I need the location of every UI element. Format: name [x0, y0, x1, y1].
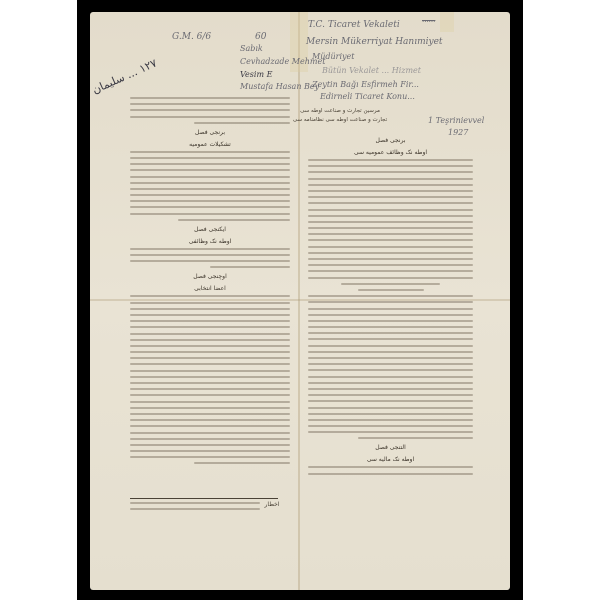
- document-header-line: مرسین تجارت و صناعت اوطه سی: [270, 108, 410, 114]
- handwritten-arabic-note: ۱۲۷ ... سلیمان: [90, 56, 158, 96]
- pencil-note: 60: [255, 32, 266, 42]
- section-heading: برنجی فصل: [308, 137, 473, 144]
- footnote-rule: [130, 498, 278, 499]
- pencil-note: Sabık: [240, 44, 263, 53]
- pencil-note-top: G.M. 6/6: [172, 32, 211, 42]
- vertical-fold: [298, 12, 300, 590]
- pencil-note: Müdüriyet: [312, 52, 354, 61]
- date-note: 1 Teşrinievvel: [428, 116, 484, 125]
- pencil-note: Mustafa Hasan Bey: [240, 82, 319, 91]
- footnote-text: [130, 502, 260, 522]
- section-subheading: تشکیلات عمومیه: [130, 141, 290, 148]
- right-text-column: برنجی فصل اوطه نک وظائف عمومیه سی التنجی…: [308, 132, 473, 532]
- document-paper: ۱۲۷ ... سلیمان G.M. 6/6 60 Sabık Cevhadz…: [90, 12, 510, 590]
- left-text-column: برنجی فصل تشکیلات عمومیه ایکنجی فصل اوطه…: [130, 97, 290, 497]
- footnote-label: اخطار: [262, 501, 282, 508]
- section-subheading: اوطه نک مالیه سی: [308, 456, 473, 463]
- pencil-note: Bütün Vekalet ... Hizmet: [322, 66, 421, 75]
- section-heading: اوچنجی فصل: [130, 273, 290, 280]
- crossed-out-note: ......: [422, 16, 435, 24]
- section-subheading: اوطه نک وظائف عمومیه سی: [308, 149, 473, 156]
- pencil-note: Vesim E: [240, 70, 272, 79]
- section-heading: التنجی فصل: [308, 444, 473, 451]
- section-heading: برنجی فصل: [130, 129, 290, 136]
- pencil-note: T.C. Ticaret Vekaleti: [308, 20, 400, 30]
- tape-mark: [440, 12, 454, 32]
- section-subheading: اوطه نک وظائفی: [130, 238, 290, 245]
- pencil-note: Zeytin Bağı Esfirmeh Fir...: [312, 80, 419, 89]
- pencil-note: Mersin Mükerriyat Hanımiyet: [306, 37, 443, 47]
- pencil-note: Edirneli Ticaret Konu...: [320, 92, 415, 101]
- section-heading: ایکنجی فصل: [130, 226, 290, 233]
- section-subheading: اعضا انتخابی: [130, 285, 290, 292]
- document-header-line: تجارت و صناعت اوطه سی نظامنامه سی: [270, 117, 410, 123]
